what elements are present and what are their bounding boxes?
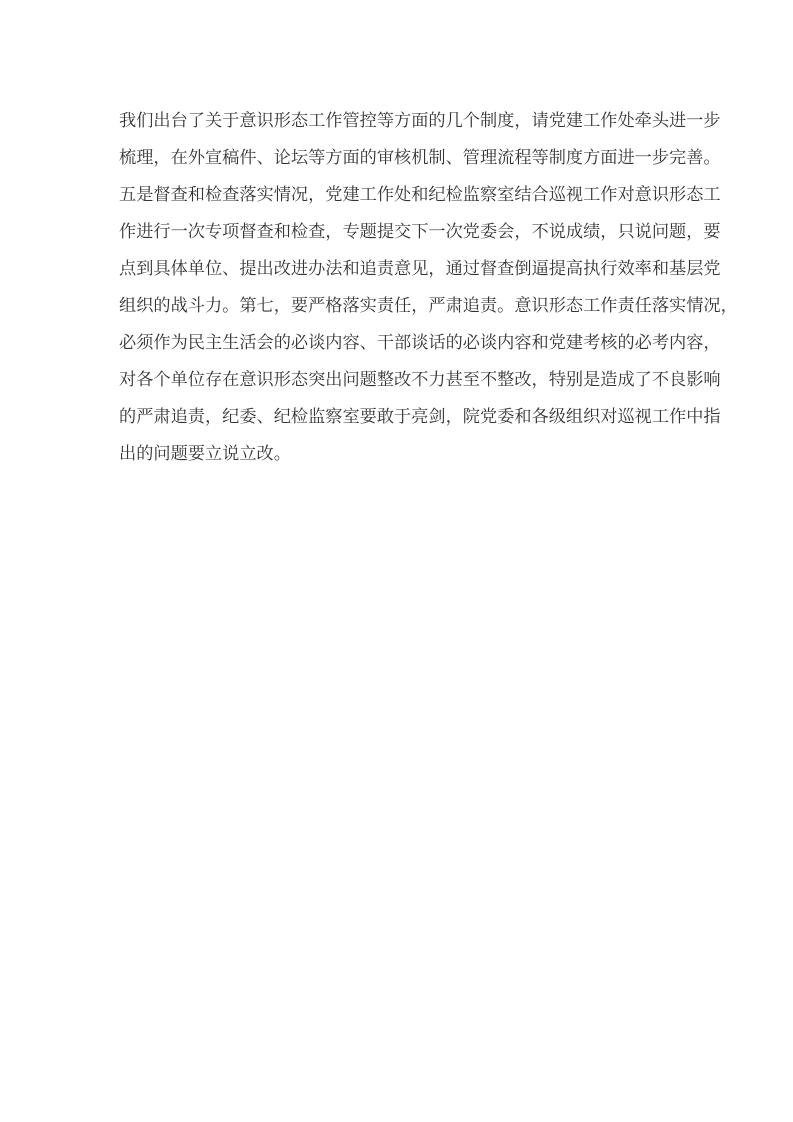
text-line: 出的问题要立说立改。 [119,436,679,473]
text-line: 我们出台了关于意识形态工作管控等方面的几个制度，请党建工作处牵头进一步 [119,103,679,140]
text-line: 五是督查和检查落实情况，党建工作处和纪检监察室结合巡视工作对意识形态工 [119,177,679,214]
text-line: 作进行一次专项督查和检查，专题提交下一次党委会，不说成绩，只说问题，要 [119,214,679,251]
text-line: 点到具体单位、提出改进办法和追责意见，通过督查倒逼提高执行效率和基层党 [119,251,679,288]
text-line: 的严肃追责，纪委、纪检监察室要敢于亮剑，院党委和各级组织对巡视工作中指 [119,399,679,436]
document-page: 我们出台了关于意识形态工作管控等方面的几个制度，请党建工作处牵头进一步 梳理，在… [0,0,793,1122]
text-line: 梳理，在外宣稿件、论坛等方面的审核机制、管理流程等制度方面进一步完善。 [119,140,679,177]
text-line: 组织的战斗力。第七，要严格落实责任，严肃追责。意识形态工作责任落实情况， [119,288,679,325]
body-paragraph: 我们出台了关于意识形态工作管控等方面的几个制度，请党建工作处牵头进一步 梳理，在… [119,103,679,473]
text-line: 对各个单位存在意识形态突出问题整改不力甚至不整改，特别是造成了不良影响 [119,362,679,399]
text-line: 必须作为民主生活会的必谈内容、干部谈话的必谈内容和党建考核的必考内容， [119,325,679,362]
